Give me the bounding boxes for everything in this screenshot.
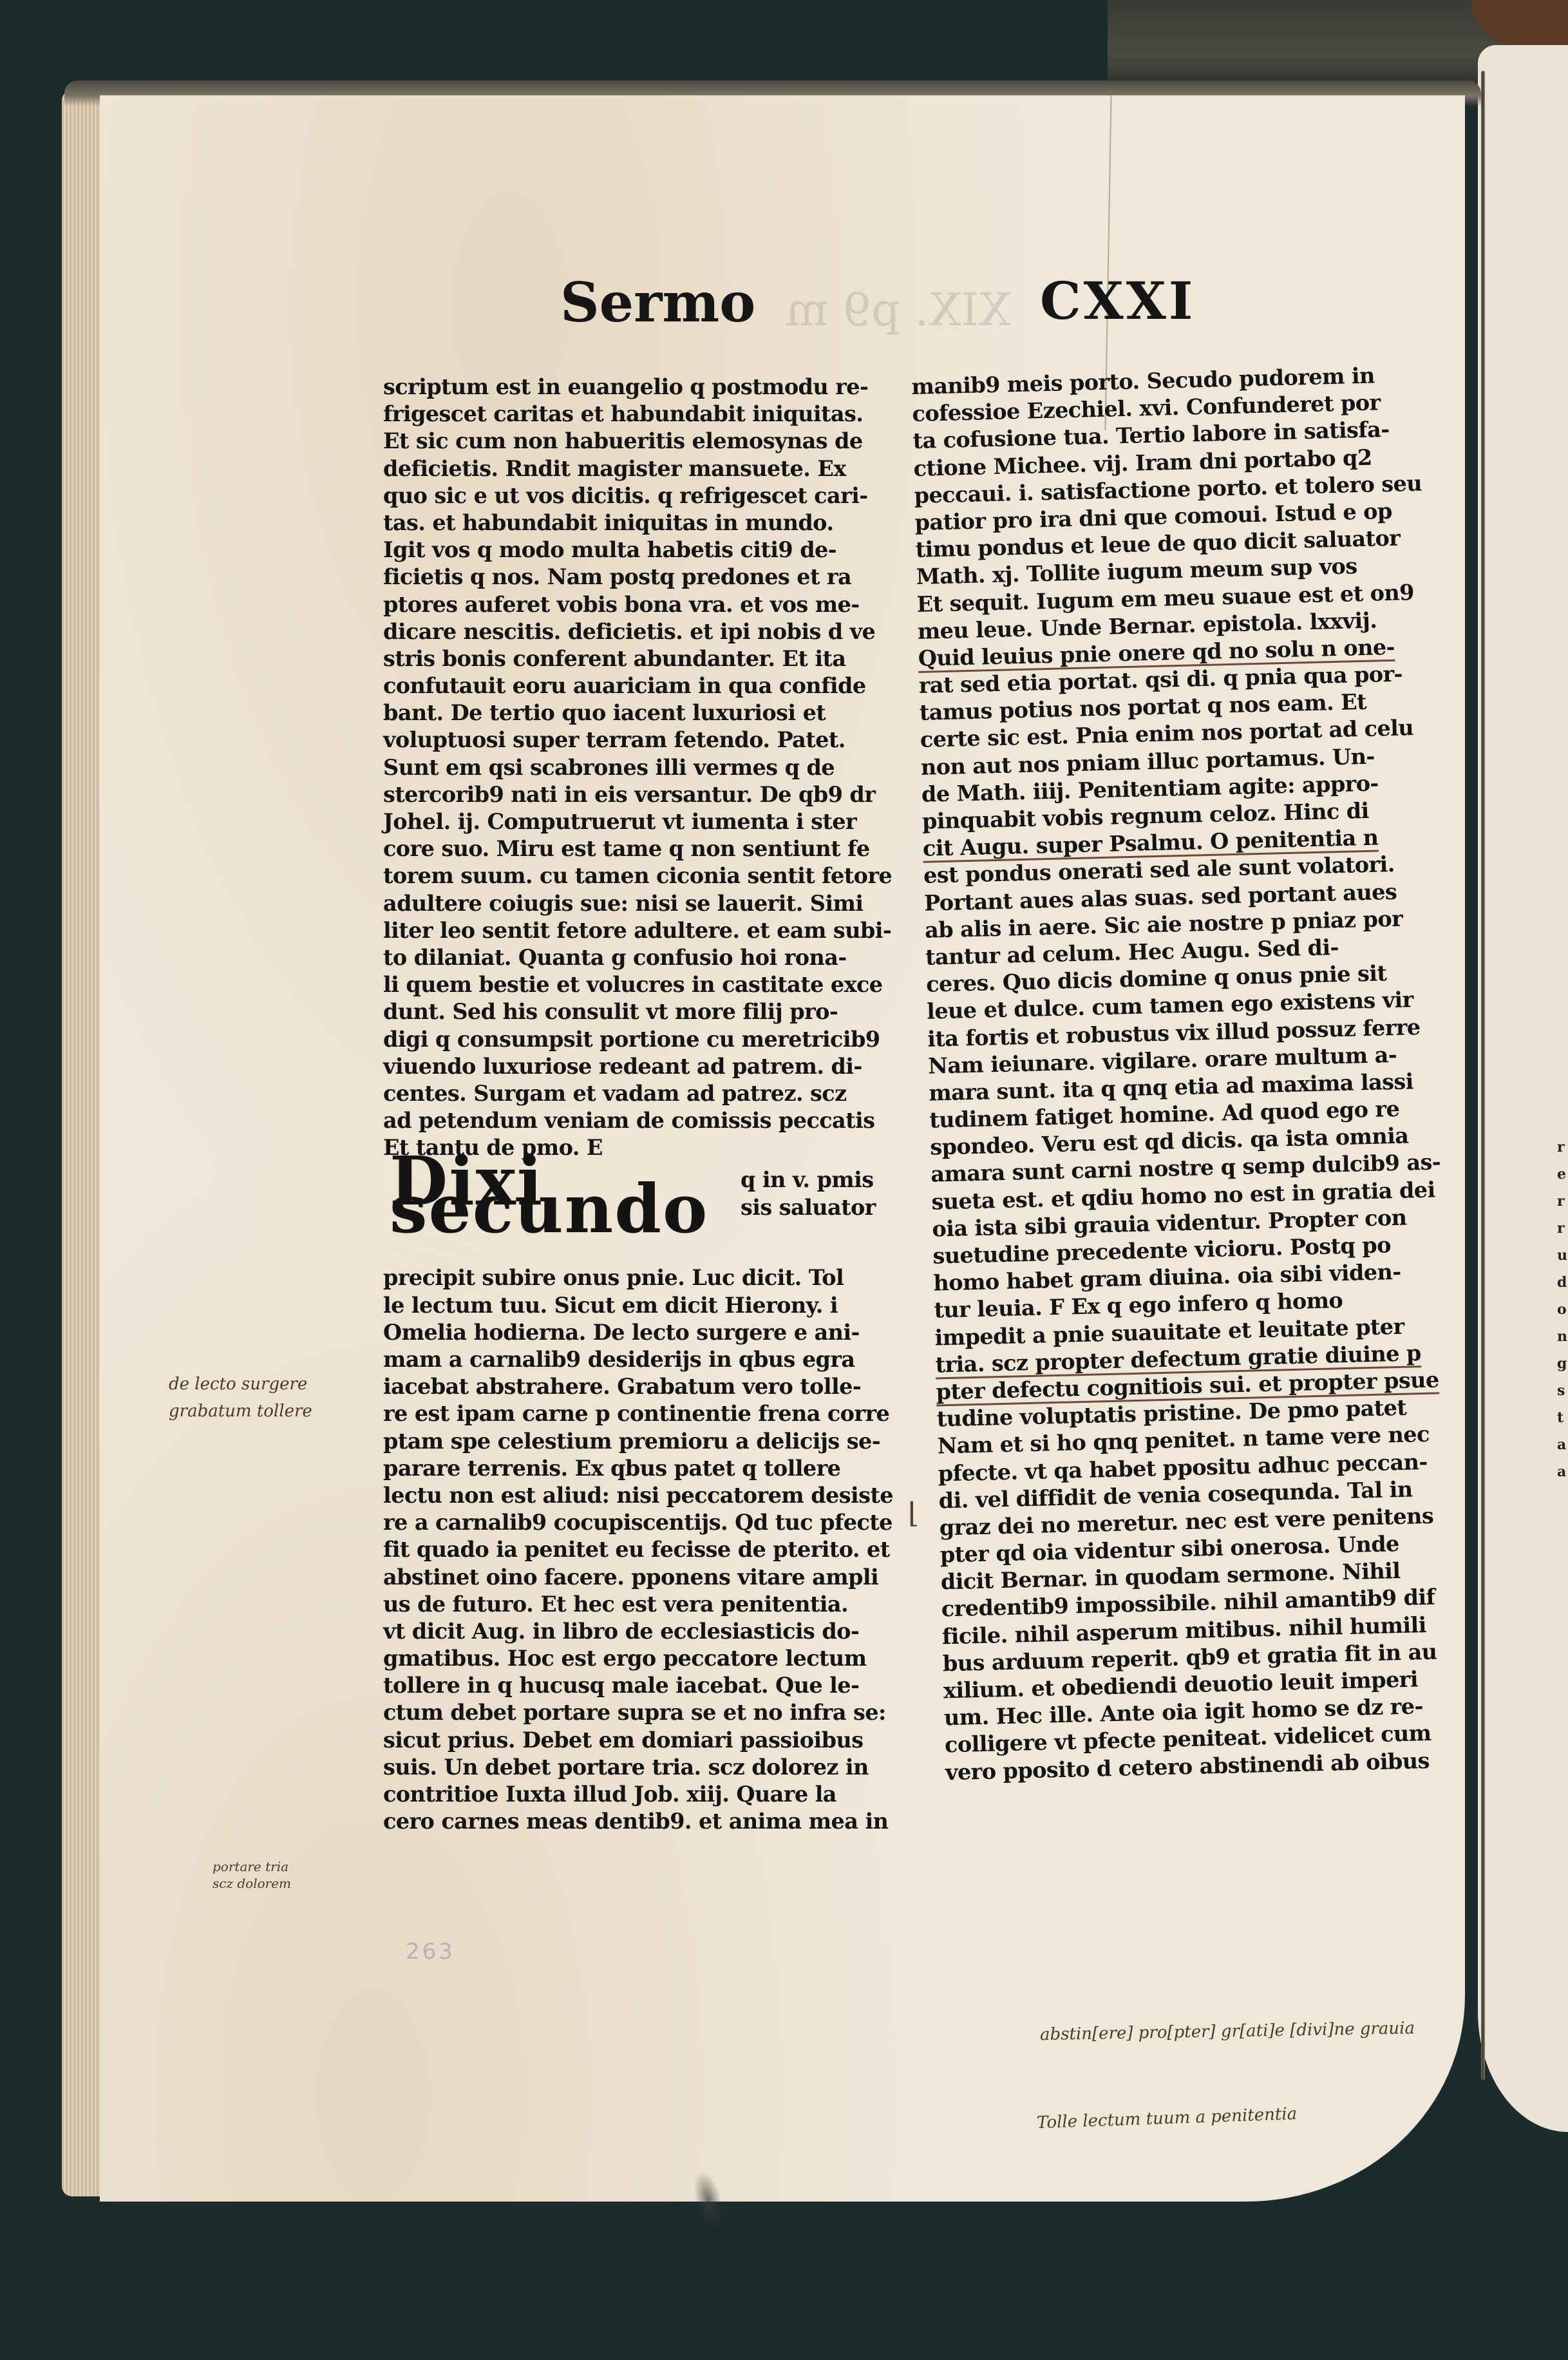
text-line: contritioe Iuxta illud Job. xiij. Quare … xyxy=(383,1781,882,1808)
text-line: deficietis. Rndit magister mansuete. Ex xyxy=(383,455,882,482)
right-column-lines: manib9 meis porto. Secudo pudorem incofe… xyxy=(911,361,1460,1786)
text-line: ptam spe celestium premioru a delicijs s… xyxy=(383,1428,882,1455)
facing-page-edge-text: r e r r u d o n g s t a a xyxy=(1557,1134,1568,1485)
text-line: tas. et habundabit iniquitas in mundo. xyxy=(383,509,882,537)
text-line: re est ipam carne p continentie frena co… xyxy=(383,1400,882,1427)
text-line: vt dicit Aug. in libro de ecclesiasticis… xyxy=(383,1618,882,1645)
text-line: suis. Un debet portare tria. scz dolorez… xyxy=(383,1754,882,1781)
text-line: frigescet caritas et habundabit iniquita… xyxy=(383,401,882,428)
text-line: ctum debet portare supra se et no infra … xyxy=(383,1699,882,1726)
text-line: Johel. ij. Computruerut vt iumenta i ste… xyxy=(383,808,882,835)
text-line: Sunt em qsi scabrones illi vermes q de xyxy=(383,754,882,781)
text-line: torem suum. cu tamen ciconia sentit feto… xyxy=(383,862,882,890)
text-line: ficietis q nos. Nam postq predones et ra xyxy=(383,564,882,591)
text-line: to dilaniat. Quanta g confusio hoi rona- xyxy=(383,944,882,971)
text-line: precipit subire onus pnie. Luc dicit. To… xyxy=(383,1264,882,1291)
leather-binding xyxy=(1471,0,1568,45)
running-head-title: Sermo xyxy=(560,271,755,334)
text-line: abstinet oino facere. pponens vitare amp… xyxy=(383,1564,882,1591)
text-line: adultere coiugis sue: nisi se lauerit. S… xyxy=(383,890,882,917)
text-line: quo sic e ut vos dicitis. q refrigescet … xyxy=(383,482,882,509)
text-line: cero carnes meas dentib9. et anima mea i… xyxy=(383,1808,882,1835)
text-line: stris bonis conferent abundanter. Et ita xyxy=(383,645,882,672)
text-line: gmatibus. Hoc est ergo peccatore lectum xyxy=(383,1645,882,1672)
text-line: Igit vos q modo multa habetis citi9 de- xyxy=(383,537,882,564)
text-line: le lectum tuu. Sicut em dicit Hierony. i xyxy=(383,1292,882,1319)
text-line: ad petendum veniam de comissis peccatis xyxy=(383,1107,882,1134)
text-column-left: scriptum est in euangelio q postmodu re-… xyxy=(383,374,882,1835)
left-column-lines: scriptum est in euangelio q postmodu re-… xyxy=(383,374,882,1161)
text-line: iacebat abstrahere. Grabatum vero tolle- xyxy=(383,1373,882,1400)
text-line: mam a carnalib9 desiderijs in qbus egra xyxy=(383,1346,882,1373)
pencil-folio-mark: 263 xyxy=(406,1939,455,1965)
text-line: fit quado ia penitet eu fecisse de pteri… xyxy=(383,1536,882,1563)
text-column-right: manib9 meis porto. Secudo pudorem incofe… xyxy=(911,361,1460,1786)
text-line: parare terrenis. Ex qbus patet q tollere xyxy=(383,1455,882,1482)
text-line: dunt. Sed his consulit vt more filij pro… xyxy=(383,998,882,1025)
text-line: voluptuosi super terram fetendo. Patet. xyxy=(383,727,882,754)
text-line: ptores auferet vobis bona vra. et vos me… xyxy=(383,591,882,618)
text-line: centes. Surgam et vadam ad patrez. scz xyxy=(383,1080,882,1107)
text-line: Omelia hodierna. De lecto surgere e ani- xyxy=(383,1319,882,1346)
text-line: stercorib9 nati in eis versantur. De qb9… xyxy=(383,781,882,808)
text-line: digi q consumpsit portione cu meretricib… xyxy=(383,1026,882,1053)
text-line: liter leo sentit fetore adultere. et eam… xyxy=(383,917,882,944)
marginal-note-left-1: de lecto surgere grabatum tollere xyxy=(169,1372,312,1426)
text-line: lectu non est aliud: nisi peccatorem des… xyxy=(383,1482,882,1509)
show-through-text: XIX. p9 m xyxy=(786,283,1011,336)
text-line: core suo. Miru est tame q non sentiunt f… xyxy=(383,835,882,862)
facing-page xyxy=(1478,45,1568,2132)
text-line: li quem bestie et volucres in castitate … xyxy=(383,971,882,998)
text-line: tollere in q hucusq male iacebat. Que le… xyxy=(383,1672,882,1699)
initial-side-text: q in v. pmis sis saluator xyxy=(741,1166,876,1221)
manuscript-bracket-mark: ⌊ xyxy=(908,1497,919,1530)
text-line: bant. De tertio quo iacent luxuriosi et xyxy=(383,699,882,727)
text-line: dicare nescitis. deficietis. et ipi nobi… xyxy=(383,618,882,645)
text-line: sicut prius. Debet em domiari passioibus xyxy=(383,1727,882,1754)
text-line: viuendo luxuriose redeant ad patrem. di- xyxy=(383,1053,882,1080)
text-line: confutauit eoru auariciam in qua confide xyxy=(383,672,882,699)
text-line: Et sic cum non habueritis elemosynas de xyxy=(383,428,882,455)
page-stack xyxy=(62,90,100,2196)
book-gutter xyxy=(1481,71,1485,2080)
text-line: re a carnalib9 cocupiscentijs. Qd tuc pf… xyxy=(383,1509,882,1536)
marginal-note-left-2: portare tria scz dolorem xyxy=(213,1858,291,1892)
section-initial: Dixi secundo q in v. pmis sis saluator xyxy=(383,1161,882,1264)
text-line: scriptum est in euangelio q postmodu re- xyxy=(383,374,882,401)
text-line: us de futuro. Et hec est vera penitentia… xyxy=(383,1591,882,1618)
left-column-lines-continued: precipit subire onus pnie. Luc dicit. To… xyxy=(383,1264,882,1835)
folio-number: CXXI xyxy=(1040,271,1195,331)
